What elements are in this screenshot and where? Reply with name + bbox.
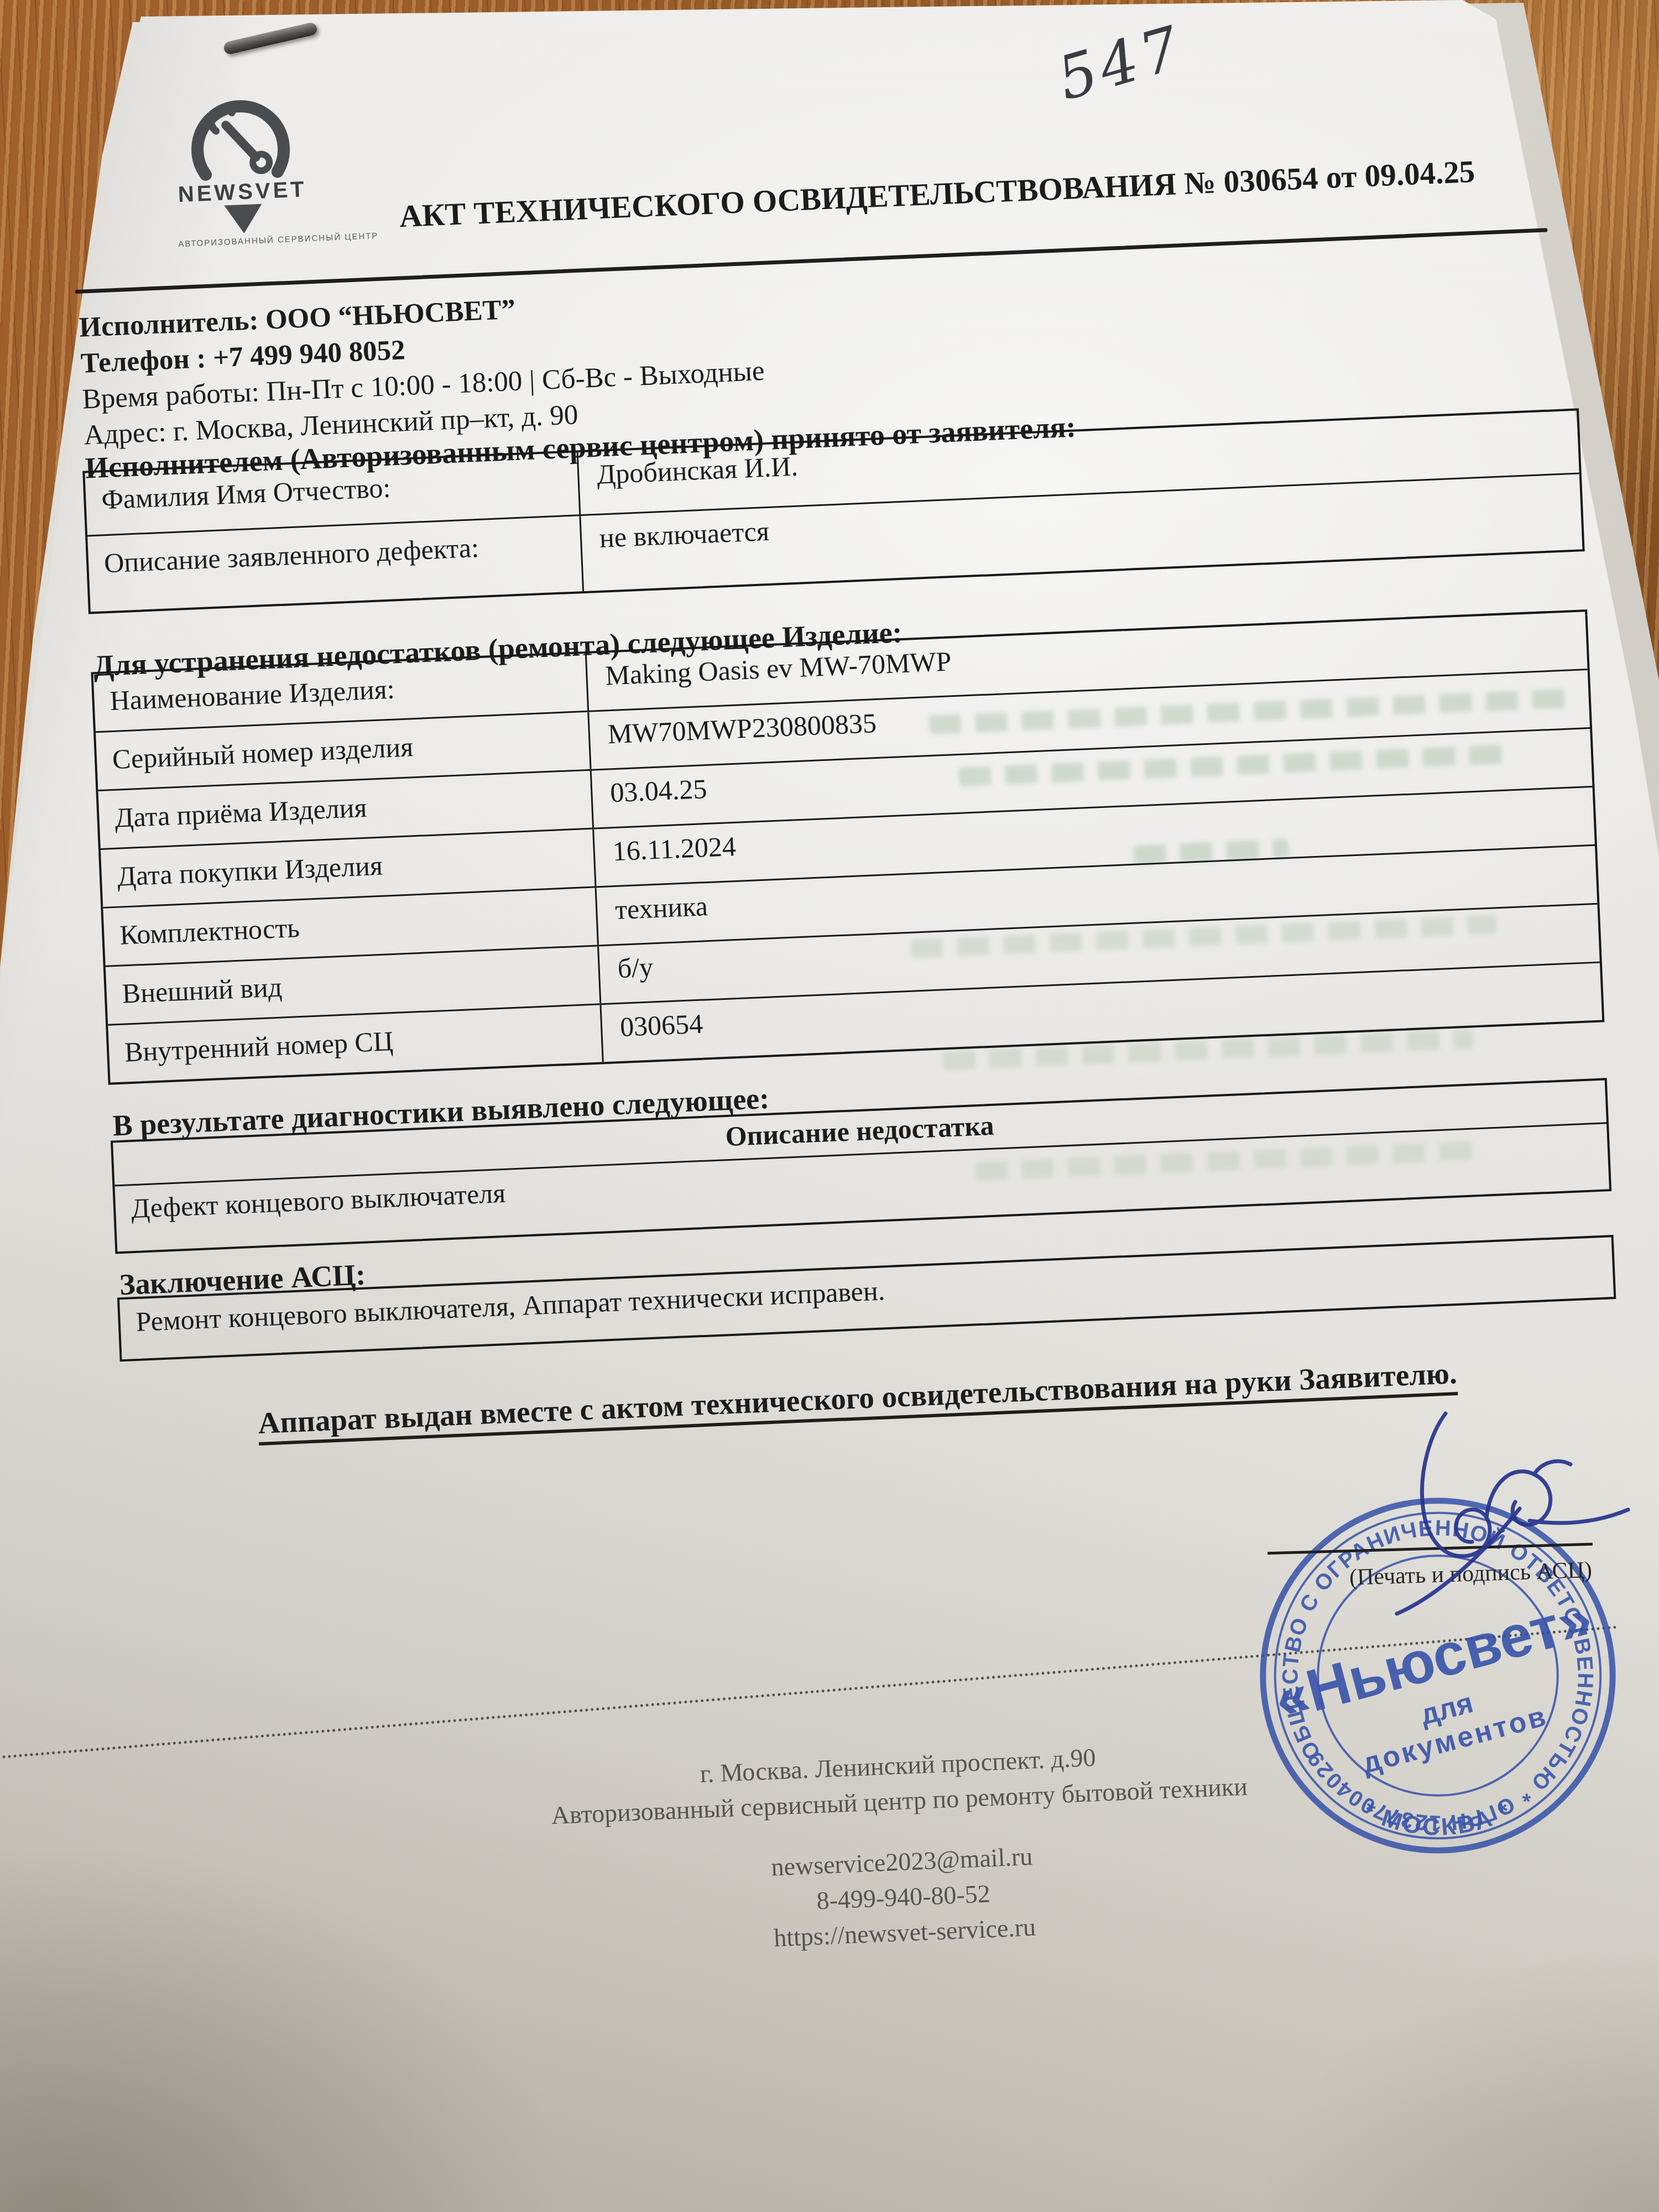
table-row: Ремонт концевого выключателя, Аппарат те… [119,1237,1614,1359]
logo-brand-text: NEWSVET [176,177,310,207]
photo-of-service-act: NEWSVET АВТОРИЗОВАННЫЙ СЕРВИСНЫЙ ЦЕНТР А… [0,0,1659,2212]
conclusion-table: Ремонт концевого выключателя, Аппарат те… [117,1235,1616,1361]
document-content: NEWSVET АВТОРИЗОВАННЫЙ СЕРВИСНЫЙ ЦЕНТР А… [21,2,1646,2199]
row-value: Ремонт концевого выключателя, Аппарат те… [119,1237,1614,1359]
company-logo: NEWSVET АВТОРИЗОВАННЫЙ СЕРВИСНЫЙ ЦЕНТР [172,93,311,249]
logo-caption: АВТОРИЗОВАННЫЙ СЕРВИСНЫЙ ЦЕНТР [178,234,311,249]
wrench-in-pin-icon [186,93,294,185]
document-title: АКТ ТЕХНИЧЕСКОГО ОСВИДЕТЕЛЬСТВОВАНИЯ № 0… [367,152,1507,236]
product-table: Наименование Изделия: Making Oasis ev MW… [91,609,1604,1085]
stamp-bottom-text: * МОСКВА * [1359,1796,1516,1840]
row-value: Дефект концевого выключателя [114,1170,512,1252]
handwritten-signature [1270,1381,1657,1625]
svg-text:* МОСКВА *: * МОСКВА * [1359,1796,1516,1840]
logo-pin-point [224,204,263,234]
